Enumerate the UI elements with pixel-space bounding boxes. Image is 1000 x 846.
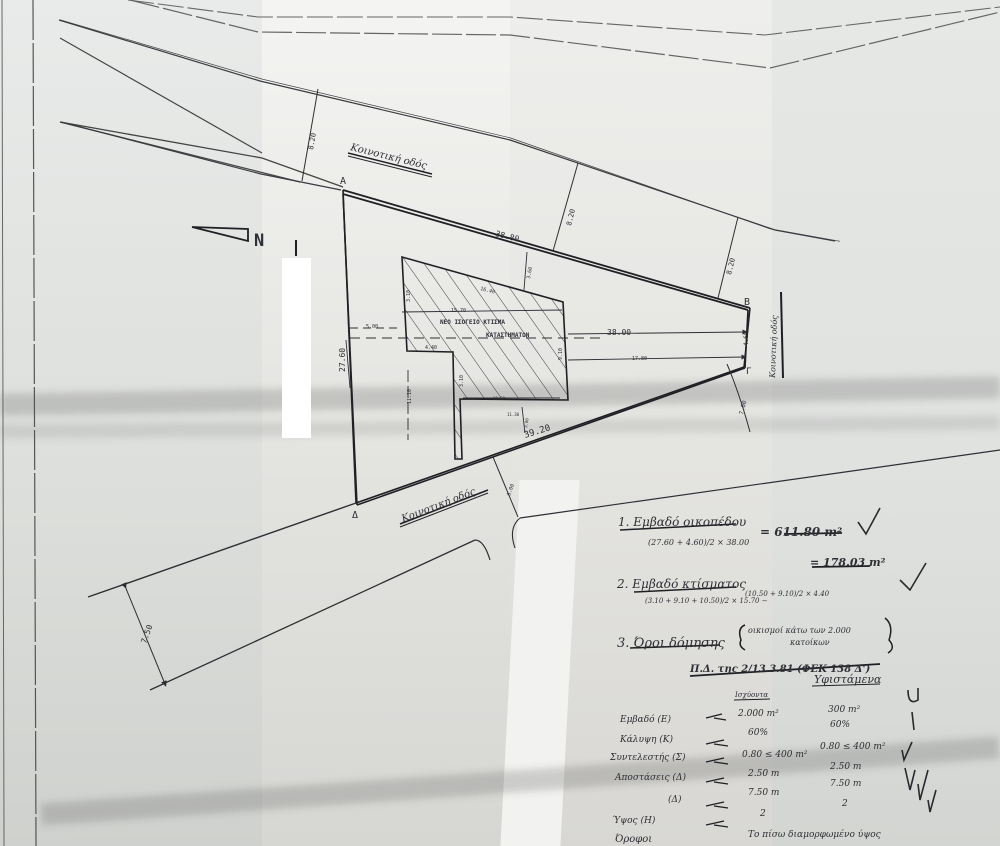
dim-depth-38-label: 38.00 [607,328,631,337]
building-label-line1: ΝΕΟ ΙΣΟΓΕΙΟ ΚΤΙΣΜΑ [440,319,505,326]
row-label: Συντελεστής (Σ) [609,752,686,763]
col-required-header: Ισχύοντα [734,691,768,699]
dim-setback-north-label: 3.60 [526,266,534,279]
row-existing: 2 [841,799,848,809]
note3-brace-1: οικισμοί κάτω των 2.000 [748,626,851,635]
bldg-dim-west-lower: 11.10 [407,389,413,404]
row-existing: 0.80 ≤ 400 m² [820,742,886,752]
dim-depth-17-label: 17.80 [632,356,647,362]
note3-title: 3. Όροι δόμησης [617,636,726,651]
corner-B-label: B [744,297,750,308]
dim-road-width-2-label: 8.20 [565,208,577,226]
note1-result: = 611.80 m² [760,525,842,539]
row-required: 2 [759,809,766,819]
scanned-drawing-sheet: A B Γ Δ N Κοινοτική οδός Κοινοτική οδός … [0,0,1000,846]
dim-setback-south-label: 3.00 [523,417,530,428]
note1-formula: (27.60 + 4.60)/2 × 38.00 [648,538,749,547]
row-existing: 7.50 m [830,779,861,789]
row-existing: 300 m² [828,705,861,715]
row-label: Εμβαδό (Ε) [619,714,671,725]
dim-road-width-1-label: 8.20 [307,132,318,150]
col-existing-header: Υφιστάμενα [814,673,882,686]
bldg-dim-left-upper: 3.10 [406,290,412,302]
dim-setback-west-label: 5.00 [366,324,378,330]
corner-C-label: Γ [746,367,751,377]
dim-road-width-3-label: 8.20 [725,257,737,275]
note2-formula-b: (10.50 + 9.10)/2 × 4.40 [745,590,830,598]
terms-table: Εμβαδό (Ε) 2.000 m² 300 m² Κάλυψη (Κ) 60… [609,705,886,845]
note1-title: 1. Εμβαδό οικοπέδου [618,515,746,529]
bldg-dim-left-lower: 3.10 [459,375,465,387]
row-required: 2.50 m [747,769,779,779]
dim-west-side-label: 27.60 [338,348,347,372]
row-required: 0.80 ≤ 400 m² [742,750,808,760]
bldg-dim-width: 15.70 [451,308,466,314]
row-required: 60% [748,728,768,738]
row-label: Ύψος (Η) [612,815,656,826]
row-existing: 2.50 m [829,762,861,772]
corner-D-label: Δ [352,510,358,521]
bldg-dim-bottom-inner: 10.50 [493,396,506,401]
bldg-dim-bottom: 11.30 [507,412,520,417]
north-label: N [254,231,264,251]
row-label: Όροφοι [615,834,652,845]
note2-formula-a: (3.10 + 9.10 + 10.50)/2 × 15.70 − [645,597,768,605]
corner-A-label: A [340,176,346,187]
building-label-line2: ΚΑΤΑΣΤΗΜΑΤΩΝ [486,332,530,339]
note2-title: 2. Εμβαδό κτίσματος [616,577,746,591]
bldg-dim-right: 9.10 [558,348,564,360]
bldg-dim-notch: 4.40 [425,345,437,351]
dim-south-road-width-label: 7.50 [139,623,154,644]
dim-curve-label: 5.00 [506,483,516,496]
dim-north-side-label: 38.80 [495,229,521,244]
row-label: (Δ) [668,794,682,805]
row-required: 2.000 m² [737,709,779,719]
note2-result: = 178.03 m² [810,556,886,569]
dim-east-side-label: 4.60 [743,331,750,346]
plan-labels: A B Γ Δ N Κοινοτική οδός Κοινοτική οδός … [0,0,1000,846]
road-label-south: Κοινοτική οδός [399,486,477,525]
row-label: Αποστάσεις (Δ) [614,772,686,783]
road-label-north: Κοινοτική οδός [348,142,428,172]
redaction-block [282,258,311,438]
road-label-east: Κοινοτική οδός [768,315,779,379]
dim-road-width-se-label: 7.00 [738,399,748,415]
row-label: Κάλυψη (Κ) [619,734,674,745]
row-required: Το πίσω διαμορφωμένο ύψος [748,829,882,840]
row-existing: 60% [830,720,850,730]
note3-brace-2: κατοίκων [789,638,830,647]
row-required: 7.50 m [748,788,779,798]
bldg-dim-top: 16.40 [480,286,496,295]
